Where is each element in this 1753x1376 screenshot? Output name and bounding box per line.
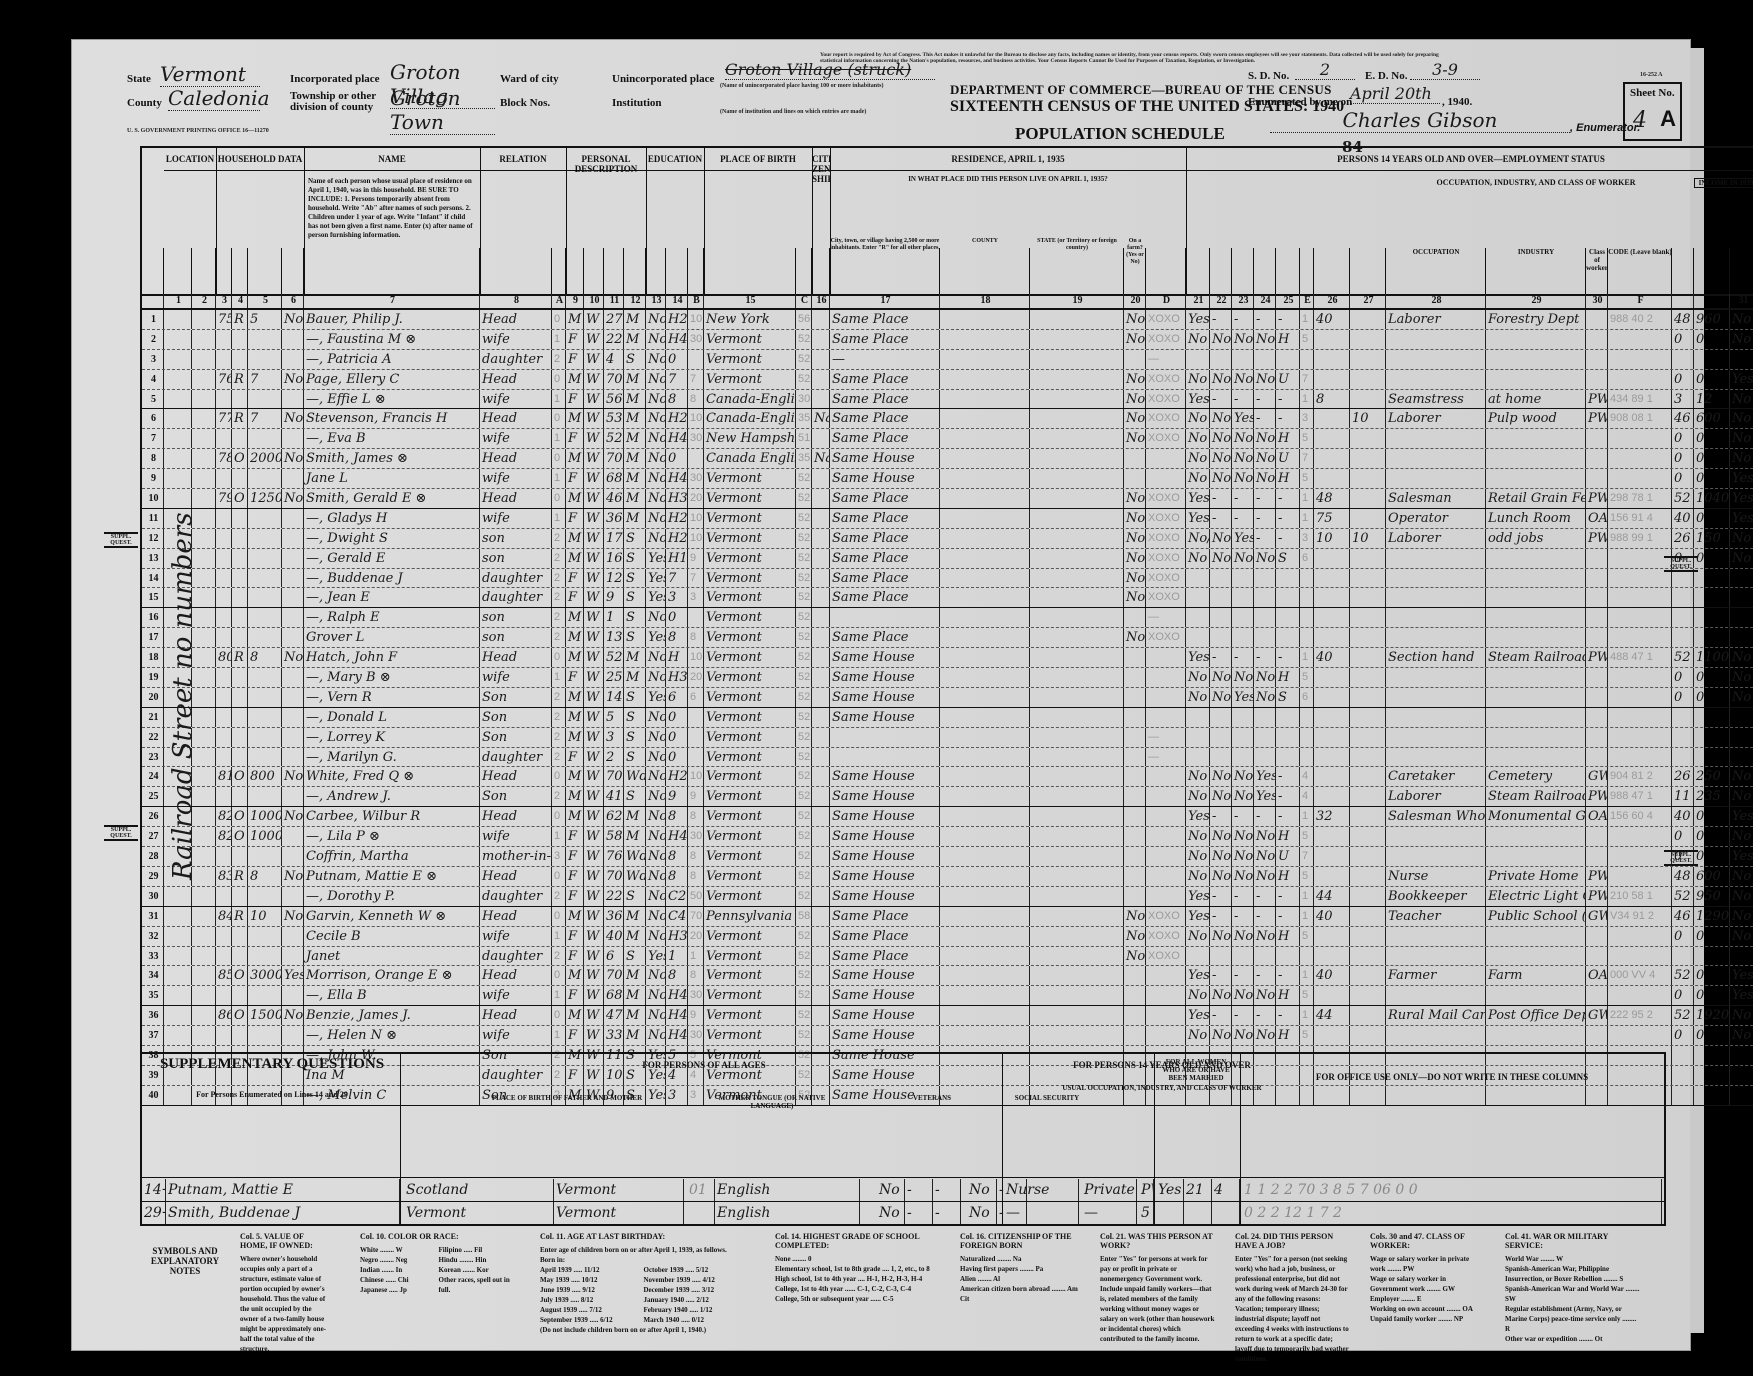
cell-relation: Son — [480, 708, 552, 727]
cell-relation: daughter — [480, 588, 552, 607]
cell-other-inc: No — [1730, 867, 1753, 886]
cell-c25: H — [1276, 827, 1300, 846]
cell-c27 — [1350, 986, 1386, 1005]
cell-res-state — [1030, 350, 1124, 369]
cell-c27 — [1350, 1006, 1386, 1025]
cell-race: W — [584, 588, 604, 607]
cell-citizen — [812, 728, 830, 747]
cell-value — [248, 569, 282, 588]
cell-wages: 0 — [1694, 847, 1730, 866]
cell-codeF — [1608, 1026, 1672, 1045]
cell-codeB: 1 — [688, 947, 704, 966]
cell-school: No — [646, 1026, 666, 1045]
cell-citizen — [812, 310, 830, 329]
cell-race: W — [584, 509, 604, 528]
cell-school: No — [646, 648, 666, 667]
cell-c21: No — [1186, 827, 1210, 846]
cell-farm: No — [282, 489, 304, 508]
cell-value: 8 — [248, 867, 282, 886]
cell-res-state — [1030, 986, 1124, 1005]
cell-c23: - — [1232, 887, 1254, 906]
cell-citizen — [812, 608, 830, 627]
cell-class — [1586, 608, 1608, 627]
cell-age: 76 — [604, 847, 624, 866]
cell-school: No — [646, 748, 666, 767]
cell-codeD: — — [1146, 748, 1186, 767]
cell-class: OA — [1586, 509, 1608, 528]
cell-farm — [282, 1026, 304, 1045]
cell-weeks: 0 — [1672, 469, 1694, 488]
cell-sex: M — [566, 370, 584, 389]
state-label: State — [127, 73, 151, 85]
cell-codeB — [688, 728, 704, 747]
cell-relation: son — [480, 549, 552, 568]
cell-res-county — [940, 628, 1030, 647]
cell-c24 — [1254, 628, 1276, 647]
cell-c23: No — [1232, 827, 1254, 846]
cell-school: No — [646, 708, 666, 727]
cell-res-city: Same House — [830, 668, 940, 687]
cell-res-city: Same Place — [830, 370, 940, 389]
cell-industry: Forestry Dept — [1486, 310, 1586, 329]
cell-class: GW — [1586, 907, 1608, 926]
cell-weeks: 0 — [1672, 330, 1694, 349]
cell-codeD: XOXO — [1146, 489, 1186, 508]
column-number: 5 — [248, 294, 282, 308]
cell-weeks — [1672, 1046, 1694, 1065]
column-number — [142, 294, 164, 308]
cell-res-city — [830, 608, 940, 627]
cell-school: No — [646, 966, 666, 985]
cell-house: 76 — [216, 370, 232, 389]
cell-sex: M — [566, 648, 584, 667]
cell-other-inc: Yes — [1730, 469, 1753, 488]
notes-col30-title: Cols. 30 and 47. CLASS OF WORKER: — [1370, 1232, 1485, 1250]
cell-house: 81 — [216, 767, 232, 786]
cell-c21: No — [1186, 409, 1210, 428]
cell-codeF — [1608, 688, 1672, 707]
cell-race: W — [584, 966, 604, 985]
cell-value — [248, 728, 282, 747]
cell-codeE: 1 — [1300, 966, 1314, 985]
cell-sex: M — [566, 966, 584, 985]
cell-industry: Farm — [1486, 966, 1586, 985]
cell-res-county — [940, 469, 1030, 488]
cell-other-inc — [1730, 748, 1753, 767]
cell-codeA: 1 — [552, 668, 566, 687]
cell-tenure — [232, 549, 248, 568]
cell-line: 27 — [142, 827, 164, 846]
cell-c25 — [1276, 947, 1300, 966]
cell-race: W — [584, 986, 604, 1005]
cell-class — [1586, 628, 1608, 647]
cell-other-inc — [1730, 1046, 1753, 1065]
cell-res-county — [940, 807, 1030, 826]
cell-codeA: 0 — [552, 907, 566, 926]
cell-name: Smith, James ⊗ — [304, 449, 480, 468]
cell-c24: - — [1254, 390, 1276, 409]
cell-street — [164, 947, 192, 966]
cell-marital: S — [624, 350, 646, 369]
cell-c23: No — [1232, 1026, 1254, 1045]
cell-codeD: XOXO — [1146, 549, 1186, 568]
cell-sex: M — [566, 728, 584, 747]
cell-grade: 8 — [666, 807, 688, 826]
cell-c21: No — [1186, 927, 1210, 946]
cell-birth: Vermont — [704, 628, 796, 647]
notes-col5: Col. 5. VALUE OF HOME, IF OWNED: Where o… — [240, 1232, 330, 1354]
cell-c26 — [1314, 787, 1350, 806]
cell-other-inc — [1730, 569, 1753, 588]
cell-grade: 1 — [666, 947, 688, 966]
cell-codeB — [688, 449, 704, 468]
cell-occupation — [1386, 370, 1486, 389]
cell-birth: Vermont — [704, 767, 796, 786]
cell-relation: son — [480, 529, 552, 548]
cell-age: 6 — [604, 947, 624, 966]
cell-class — [1586, 708, 1608, 727]
table-row: 17Grover Lson2MW13SYes88Vermont52Same Pl… — [142, 628, 1753, 648]
cell-codeA: 2 — [552, 529, 566, 548]
cell-c22: No — [1210, 449, 1232, 468]
cell-codeF — [1608, 847, 1672, 866]
cell-c25: - — [1276, 509, 1300, 528]
supp-cell-vet: No — [877, 1179, 905, 1201]
cell-industry — [1486, 748, 1586, 767]
cell-c22 — [1210, 350, 1232, 369]
cell-res-county — [940, 330, 1030, 349]
cell-codeE: 7 — [1300, 449, 1314, 468]
column-number: 22 — [1210, 294, 1232, 308]
cell-c23: - — [1232, 509, 1254, 528]
supp-cell-usual-class: 5 — [1139, 1202, 1154, 1224]
cell-tenure — [232, 847, 248, 866]
cell-age: 36 — [604, 907, 624, 926]
cell-weeks: 52 — [1672, 648, 1694, 667]
cell-codeA: 1 — [552, 509, 566, 528]
column-number: 8 — [480, 294, 552, 308]
cell-street — [164, 966, 192, 985]
age-fraction-item: March 1940 ..... 0/12 — [644, 1315, 741, 1325]
table-row: 878O2000NoSmith, James ⊗Head0MW70MNo0Can… — [142, 449, 1753, 469]
cell-class — [1586, 469, 1608, 488]
cell-sex: F — [566, 429, 584, 448]
cell-industry — [1486, 668, 1586, 687]
cell-value: 8 — [248, 648, 282, 667]
cell-birth: Vermont — [704, 807, 796, 826]
cell-codeC: 52 — [796, 370, 812, 389]
cell-codeE: 1 — [1300, 1006, 1314, 1025]
cell-marital: M — [624, 807, 646, 826]
cell-house — [216, 668, 232, 687]
unincorporated-note: (Name of unincorporated place having 100… — [720, 83, 883, 90]
cell-house — [216, 628, 232, 647]
table-row: 9Jane Lwife1FW68MNoH430Vermont52Same Hou… — [142, 469, 1753, 489]
column-number: 25 — [1276, 294, 1300, 308]
cell-marital: S — [624, 529, 646, 548]
cell-c21: No — [1186, 767, 1210, 786]
cell-res-city: Same Place — [830, 947, 940, 966]
cell-res-city: Same House — [830, 807, 940, 826]
column-number: 9 — [566, 294, 584, 308]
cell-race: W — [584, 350, 604, 369]
cell-grade: H3 — [666, 668, 688, 687]
cell-codeA: 1 — [552, 986, 566, 1005]
notes-col21: Col. 21. WAS THIS PERSON AT WORK? Enter … — [1100, 1232, 1215, 1344]
cell-occupation — [1386, 449, 1486, 468]
cell-house: 83 — [216, 867, 232, 886]
cell-weeks: 40 — [1672, 509, 1694, 528]
cell-res-county — [940, 728, 1030, 747]
cell-school: No — [646, 807, 666, 826]
column-number: 4 — [232, 294, 248, 308]
cell-codeA: 1 — [552, 330, 566, 349]
cell-tenure: O — [232, 767, 248, 786]
cell-school: Yes — [646, 569, 666, 588]
suppl-tag-line-14-right: SUPPL. QUEST. — [1664, 556, 1698, 572]
cell-relation: Head — [480, 449, 552, 468]
cell-citizen — [812, 807, 830, 826]
class-of-worker-item: Working on own account ........ OA — [1370, 1304, 1485, 1314]
cell-codeE: 1 — [1300, 390, 1314, 409]
state-value: Vermont — [160, 62, 260, 87]
cell-school: No — [646, 728, 666, 747]
cell-codeB: 10 — [688, 509, 704, 528]
cell-codeF: 488 47 1 — [1608, 648, 1672, 667]
cell-c27 — [1350, 728, 1386, 747]
age-fraction-item: October 1939 ..... 5/12 — [644, 1265, 741, 1275]
cell-value — [248, 887, 282, 906]
cell-c25: U — [1276, 449, 1300, 468]
cell-codeD: XOXO — [1146, 370, 1186, 389]
cell-school: No — [646, 509, 666, 528]
cell-weeks — [1672, 728, 1694, 747]
cell-c21 — [1186, 628, 1210, 647]
column-number: 14 — [666, 294, 688, 308]
cell-weeks: 26 — [1672, 529, 1694, 548]
cell-c25: - — [1276, 807, 1300, 826]
cell-c22: - — [1210, 509, 1232, 528]
cell-c23: Yes — [1232, 688, 1254, 707]
cell-age: 5 — [604, 708, 624, 727]
cell-c27 — [1350, 867, 1386, 886]
cell-codeE: 6 — [1300, 549, 1314, 568]
cell-relation: wife — [480, 469, 552, 488]
table-row: 21—, Donald LSon2MW5SNo0Vermont52Same Ho… — [142, 708, 1753, 728]
notes-col16-title: Col. 16. CITIZENSHIP OF THE FOREIGN BORN — [960, 1232, 1080, 1250]
table-row: 28Coffrin, Marthamother-in-law3FW76WdNo8… — [142, 847, 1753, 867]
cell-age: 2 — [604, 748, 624, 767]
cell-grade: H4 — [666, 330, 688, 349]
cell-tenure: R — [232, 907, 248, 926]
cell-house-num — [192, 907, 216, 926]
supp-cell-usual-class: PW — [1139, 1179, 1154, 1201]
cell-name: —, Effie L ⊗ — [304, 390, 480, 409]
cell-c23: No — [1232, 927, 1254, 946]
cell-c25: H — [1276, 867, 1300, 886]
cell-marital: S — [624, 708, 646, 727]
cell-c26 — [1314, 688, 1350, 707]
cell-res-state — [1030, 409, 1124, 428]
cell-tenure — [232, 608, 248, 627]
cell-occupation: Salesman Wholesale — [1386, 807, 1486, 826]
cell-name: —, Gerald E — [304, 549, 480, 568]
column-headers: LOCATIONHOUSEHOLD DATANAMEName of each p… — [142, 148, 1753, 296]
cell-school: Yes — [646, 588, 666, 607]
supp-cell-v40: - — [905, 1202, 933, 1224]
cell-weeks: 52 — [1672, 887, 1694, 906]
cell-sex: F — [566, 588, 584, 607]
cell-res-farm: No — [1124, 509, 1146, 528]
cell-c21 — [1186, 588, 1210, 607]
cell-codeA: 2 — [552, 748, 566, 767]
cell-birth: Vermont — [704, 887, 796, 906]
cell-value — [248, 469, 282, 488]
cell-occupation: Farmer — [1386, 966, 1486, 985]
table-row: 12—, Dwight Sson2MW17SNoH210Vermont52Sam… — [142, 529, 1753, 549]
cell-relation: son — [480, 628, 552, 647]
cell-marital: M — [624, 827, 646, 846]
cell-industry — [1486, 350, 1586, 369]
cell-c27 — [1350, 847, 1386, 866]
cell-res-state — [1030, 927, 1124, 946]
supp-cell-office: 0 2 2 12 1 7 2 — [1242, 1202, 1662, 1224]
county-label: County — [127, 97, 162, 109]
column-group-residence: RESIDENCE, APRIL 1, 1935IN WHAT PLACE DI… — [830, 148, 1187, 294]
column-number: 23 — [1232, 294, 1254, 308]
cell-c23: No — [1232, 330, 1254, 349]
cell-other-inc: No — [1730, 787, 1753, 806]
cell-codeB: 30 — [688, 429, 704, 448]
cell-house — [216, 787, 232, 806]
sd-label: S. D. No. — [1248, 70, 1289, 82]
cell-citizen — [812, 469, 830, 488]
cell-c27 — [1350, 310, 1386, 329]
class-of-worker-item: Employer ........ E — [1370, 1294, 1485, 1304]
cell-c22: No — [1210, 827, 1232, 846]
cell-res-farm: No — [1124, 429, 1146, 448]
cell-res-state — [1030, 708, 1124, 727]
cell-tenure — [232, 748, 248, 767]
cell-c23 — [1232, 728, 1254, 747]
cell-age: 70 — [604, 449, 624, 468]
cell-res-farm: No — [1124, 628, 1146, 647]
cell-codeA: 2 — [552, 708, 566, 727]
cell-tenure — [232, 330, 248, 349]
table-row: 2782O1000—, Lila P ⊗wife1FW58MNoH430Verm… — [142, 827, 1753, 847]
cell-grade: 0 — [666, 350, 688, 369]
cell-c26 — [1314, 847, 1350, 866]
cell-codeF — [1608, 569, 1672, 588]
cell-line: 21 — [142, 708, 164, 727]
cell-school: No — [646, 887, 666, 906]
cell-codeA: 2 — [552, 588, 566, 607]
cell-marital: S — [624, 787, 646, 806]
cell-house: 75 — [216, 310, 232, 329]
notes-col24-text: Enter "Yes" for a person (not seeking wo… — [1235, 1254, 1350, 1364]
table-body: 175R5NoBauer, Philip J.Head0MW27MNoH210N… — [142, 310, 1753, 1106]
cell-weeks: 48 — [1672, 867, 1694, 886]
cell-codeB: 10 — [688, 648, 704, 667]
cell-tenure — [232, 628, 248, 647]
table-row: 175R5NoBauer, Philip J.Head0MW27MNoH210N… — [142, 310, 1753, 330]
cell-c21: No — [1186, 847, 1210, 866]
cell-c22: No — [1210, 549, 1232, 568]
cell-c27 — [1350, 887, 1386, 906]
cell-occupation — [1386, 847, 1486, 866]
enumerated-label: Enumerated by me on — [1248, 96, 1352, 108]
military-service-item: Other war or expedition ........ Ot — [1505, 1334, 1640, 1344]
supp-cell-children: 4 — [1212, 1179, 1240, 1201]
cell-grade: H2 — [666, 509, 688, 528]
cell-c25: - — [1276, 409, 1300, 428]
cell-res-county — [940, 310, 1030, 329]
cell-sex: F — [566, 569, 584, 588]
cell-house-num — [192, 1006, 216, 1025]
cell-wages: 600 — [1694, 867, 1730, 886]
cell-codeB: 6 — [688, 688, 704, 707]
cell-c23: Yes — [1232, 409, 1254, 428]
cell-occupation — [1386, 469, 1486, 488]
cell-res-city: — — [830, 350, 940, 369]
cell-other-inc: No — [1730, 390, 1753, 409]
cell-res-state — [1030, 549, 1124, 568]
cell-age: 53 — [604, 409, 624, 428]
cell-res-state — [1030, 807, 1124, 826]
cell-c27 — [1350, 787, 1386, 806]
enumerator-signature: Charles Gibson — [1270, 108, 1570, 133]
cell-res-city: Same Place — [830, 569, 940, 588]
cell-house: 82 — [216, 807, 232, 826]
cell-industry — [1486, 986, 1586, 1005]
cell-sex: M — [566, 708, 584, 727]
cell-c26 — [1314, 867, 1350, 886]
cell-c24 — [1254, 947, 1276, 966]
institution-label: Institution — [612, 97, 662, 109]
cell-industry: Public School (High) — [1486, 907, 1586, 926]
cell-res-county — [940, 549, 1030, 568]
cell-race: W — [584, 569, 604, 588]
cell-weeks: 11 — [1672, 787, 1694, 806]
cell-wages: 0 — [1694, 986, 1730, 1005]
township-value: Groton Town — [390, 86, 495, 135]
cell-marital: M — [624, 390, 646, 409]
cell-citizen: Na — [812, 409, 830, 428]
cell-grade: H3 — [666, 489, 688, 508]
cell-c27 — [1350, 608, 1386, 627]
cell-value: 1000 — [248, 827, 282, 846]
cell-citizen — [812, 927, 830, 946]
supp-mother-tongue: MOTHER TONGUE (OR NATIVE LANGUAGE) — [702, 1094, 842, 1110]
cell-c24: No — [1254, 549, 1276, 568]
cell-other-inc: No — [1730, 668, 1753, 687]
column-number: E — [1300, 294, 1314, 308]
cell-c21: No — [1186, 787, 1210, 806]
cell-res-county — [940, 489, 1030, 508]
cell-street — [164, 390, 192, 409]
cell-codeD — [1146, 1026, 1186, 1045]
cell-codeC: 35 — [796, 409, 812, 428]
supp-cell-children — [1212, 1202, 1240, 1224]
cell-codeB: 8 — [688, 390, 704, 409]
table-row: 19—, Mary B ⊗wife1FW25MNoH320Vermont52Sa… — [142, 668, 1753, 688]
cell-school: Yes — [646, 688, 666, 707]
cell-res-county — [940, 767, 1030, 786]
cell-name: —, Vern R — [304, 688, 480, 707]
table-row: 2481O800NoWhite, Fred Q ⊗Head0MW70WdNoH2… — [142, 767, 1753, 787]
cell-farm — [282, 688, 304, 707]
cell-marital: M — [624, 469, 646, 488]
